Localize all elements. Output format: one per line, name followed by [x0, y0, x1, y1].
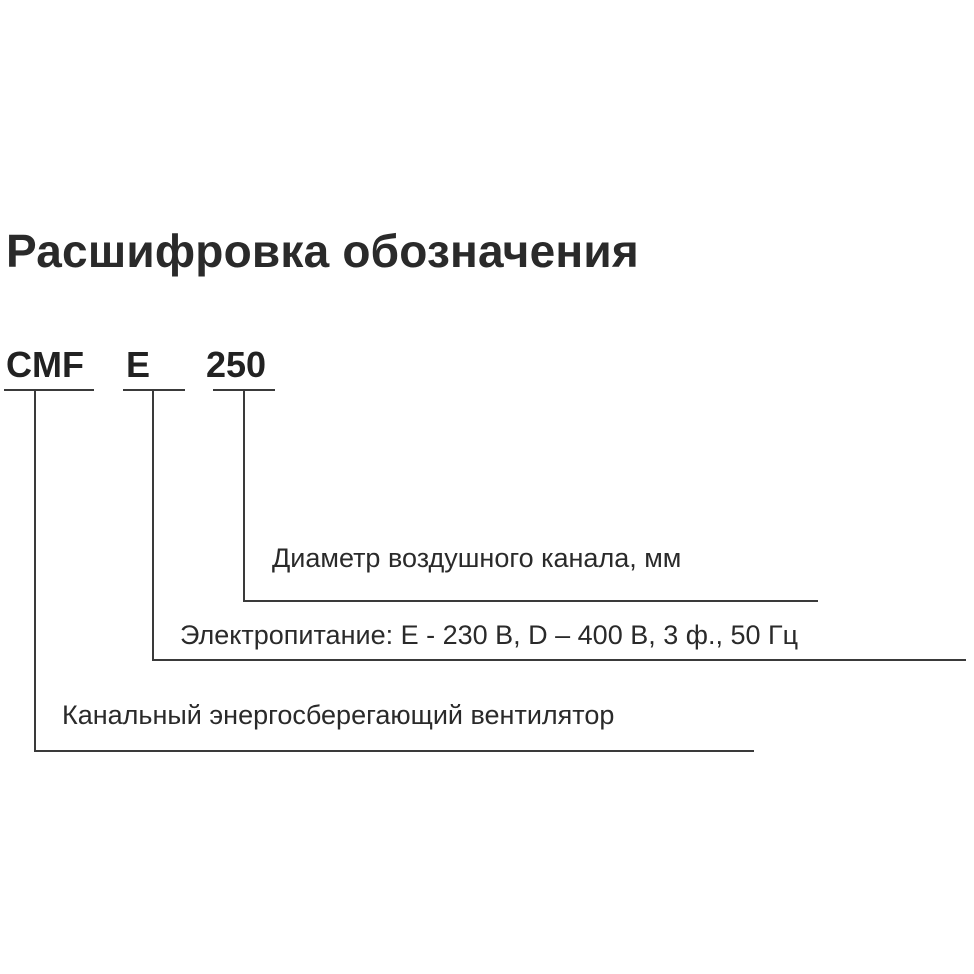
meaning-series: Канальный энергосберегающий вентилятор [62, 700, 614, 731]
underline-series [4, 389, 94, 391]
meaning-diameter: Диаметр воздушного канала, мм [272, 543, 681, 574]
leader-vertical-power [152, 389, 154, 661]
meaning-power: Электропитание: E - 230 В, D – 400 В, 3 … [180, 620, 798, 651]
code-segment-power: E [126, 344, 150, 386]
code-segment-diameter: 250 [206, 344, 266, 386]
leader-horizontal-diameter [243, 600, 818, 602]
underline-power [123, 389, 185, 391]
leader-horizontal-series [34, 750, 754, 752]
code-segment-series: CMF [6, 344, 84, 386]
diagram-title: Расшифровка обозначения [6, 224, 639, 278]
leader-vertical-diameter [243, 389, 245, 602]
leader-vertical-series [34, 389, 36, 752]
leader-horizontal-power [152, 659, 966, 661]
